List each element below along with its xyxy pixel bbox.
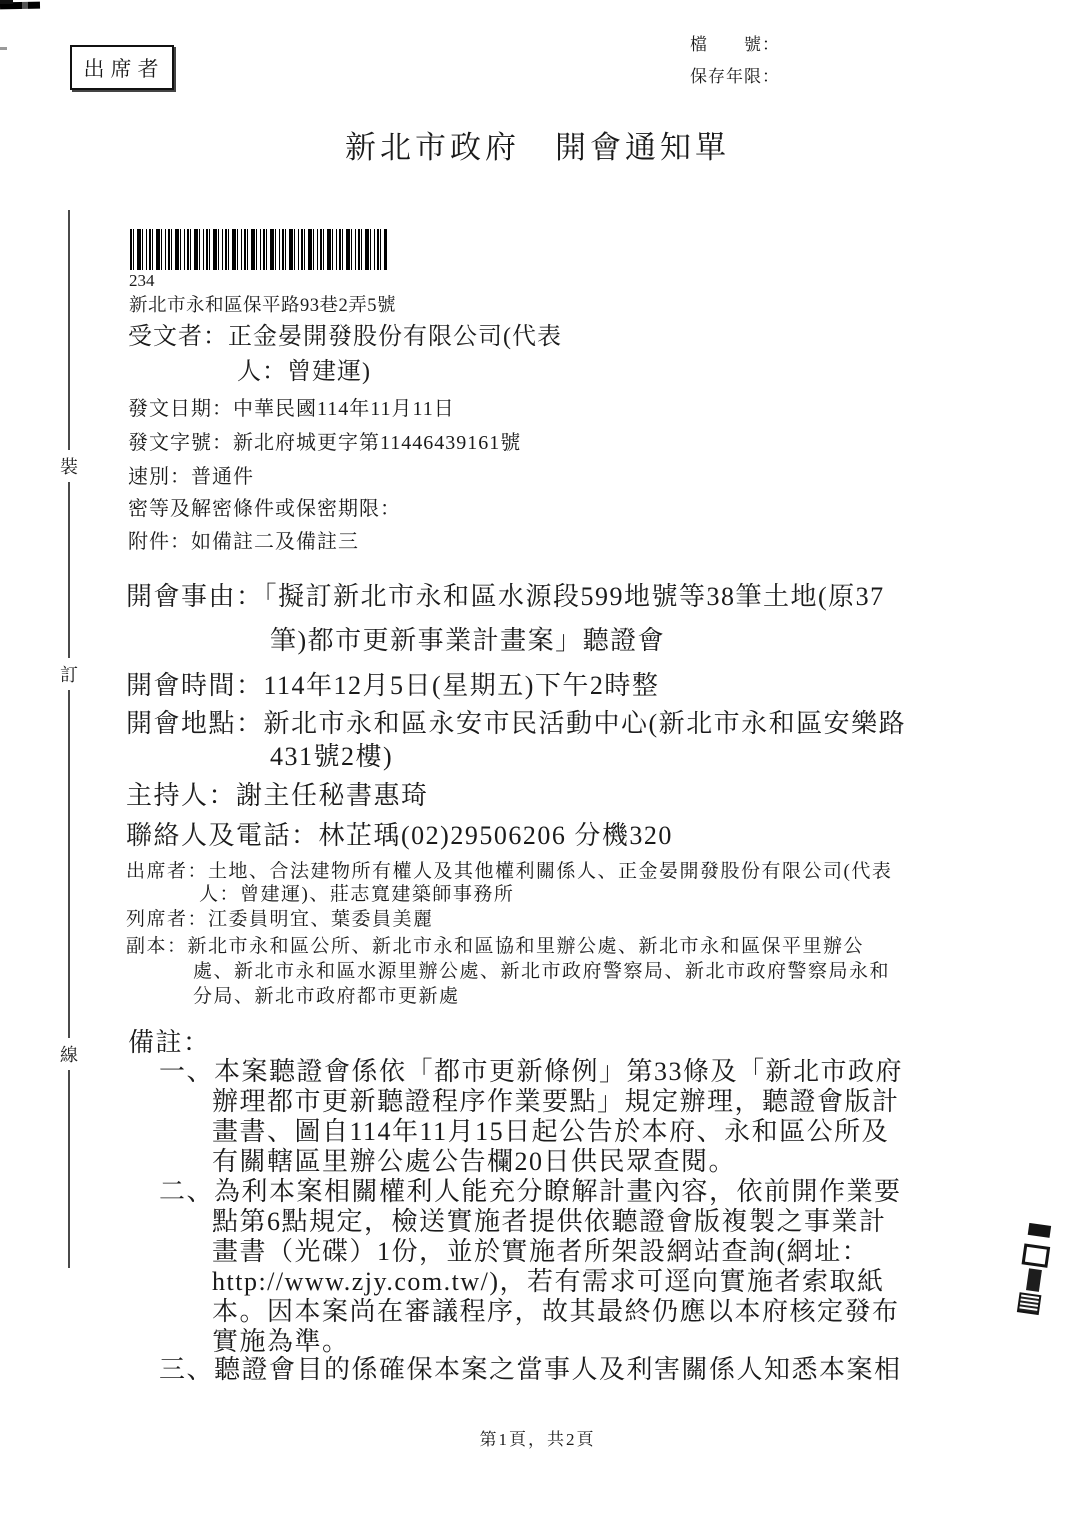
scan-artifact-chip: [0, 0, 13, 4]
cc-line1: 副本：新北市永和區公所、新北市永和區協和里辦公處、新北市永和區保平里辦公: [126, 931, 864, 958]
doc-number: 發文字號：新北府城更字第11446439161號: [128, 426, 521, 455]
mailing-barcode: [130, 229, 387, 270]
binding-mark-zhuang: 裝: [58, 450, 80, 482]
scan-artifact-dot: [0, 47, 7, 50]
recipient-name-line1: 受文者：正金晏開發股份有限公司(代表: [128, 316, 562, 351]
illegible-filing-stamp: [1012, 1222, 1056, 1316]
speed-class: 速別：普通件: [128, 460, 254, 489]
meeting-chair: 主持人：謝主任秘書惠琦: [126, 775, 429, 812]
note3-line1: 三、聽證會目的係確保本案之當事人及利害關係人知悉本案相: [159, 1349, 902, 1386]
stamp-block: [1017, 1292, 1042, 1315]
meeting-subject-line1: 開會事由：「擬訂新北市永和區水源段599地號等38筆土地(原37: [126, 576, 885, 613]
stamp-block: [1023, 1268, 1042, 1292]
recipient-name-line2: 人：曾建運): [237, 351, 371, 386]
attachment-note: 附件：如備註二及備註三: [128, 525, 359, 554]
stamp-block: [1027, 1223, 1051, 1244]
page-number: 第1頁，共2頁: [0, 1425, 1075, 1450]
binding-mark-ding: 訂: [58, 658, 80, 690]
meeting-subject-line2: 筆)都市更新事業計畫案」聽證會: [270, 620, 665, 657]
cc-line3: 分局、新北市政府都市更新處: [193, 981, 460, 1008]
recipient-address: 新北市永和區保平路93巷2弄5號: [129, 291, 396, 317]
observers-line: 列席者：江委員明宜、葉委員美麗: [126, 904, 434, 931]
meeting-time: 開會時間：114年12月5日(星期五)下午2時整: [126, 665, 659, 702]
attendee-box-label: 出席者: [84, 53, 165, 83]
security-class: 密等及解密條件或保密期限：: [128, 492, 401, 521]
binding-margin-rule: [68, 210, 70, 1268]
cc-line2: 處、新北市永和區水源里辦公處、新北市政府警察局、新北市政府警察局永和: [193, 956, 890, 983]
meeting-place-line1: 開會地點：新北市永和區永安市民活動中心(新北市永和區安樂路: [126, 703, 906, 740]
binding-mark-xian: 線: [58, 1038, 80, 1070]
issue-date: 發文日期：中華民國114年11月11日: [128, 392, 455, 421]
meeting-place-line2: 431號2樓): [270, 736, 393, 773]
meeting-notice-page: 出席者 檔 號： 保存年限： 新北市政府 開會通知單 234 新北市永和區保平路…: [0, 0, 1075, 1521]
stamp-block: [1022, 1244, 1051, 1268]
attendees-line2: 人：曾建運)、莊志寬建築師事務所: [199, 879, 514, 906]
document-title: 新北市政府 開會通知單: [0, 122, 1075, 167]
file-number-label: 檔 號：: [690, 30, 780, 55]
barcode-number: 234: [129, 271, 155, 291]
retention-period-label: 保存年限：: [690, 62, 780, 87]
attendee-stamp-box: 出席者: [70, 45, 174, 90]
meeting-contact: 聯絡人及電話：林芷瑀(02)29506206 分機320: [126, 815, 673, 852]
